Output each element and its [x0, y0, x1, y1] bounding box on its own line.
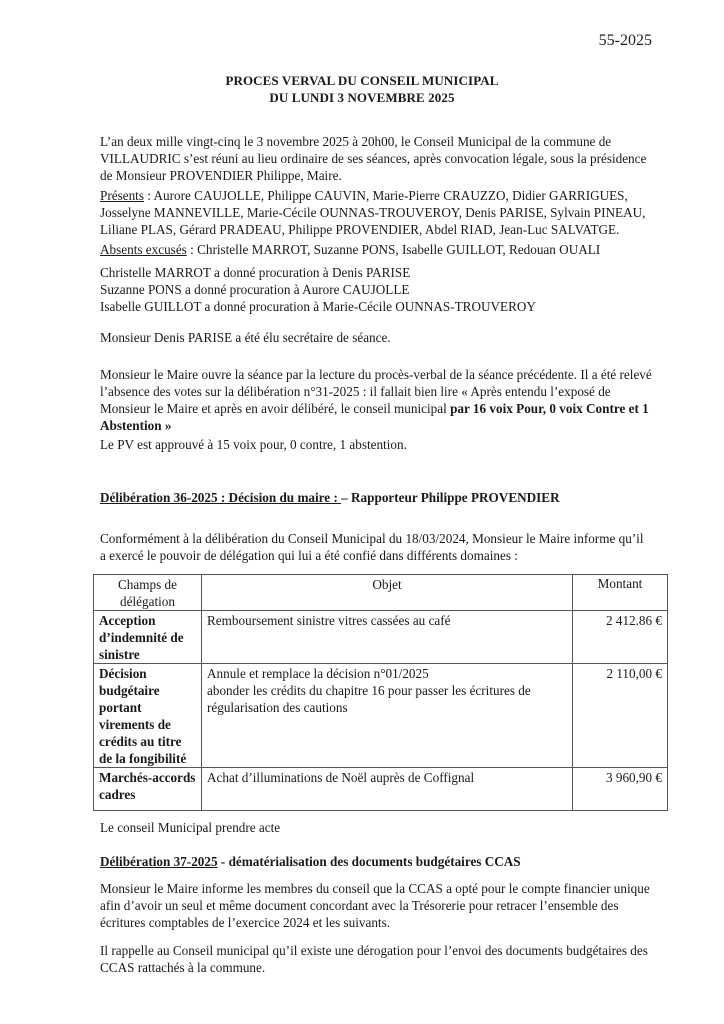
deliberation-36-intro: Conformément à la délibération du Consei… [100, 530, 680, 564]
cell-champ: Marchés-accords cadres [94, 768, 202, 811]
title-line-1: PROCES VERVAL DU CONSEIL MUNICIPAL [0, 72, 724, 89]
deliberation-36-heading: Délibération 36-2025 : Décision du maire… [100, 489, 680, 506]
delegation-table: Champs de délégation Objet Montant Accep… [93, 574, 668, 811]
deliberation-37-paragraph-2: Il rappelle au Conseil municipal qu’il e… [100, 942, 680, 976]
deliberation-36-rapporteur: – Rapporteur Philippe PROVENDIER [341, 490, 559, 505]
intro-line: de Monsieur PROVENDIER Philippe, Maire. [100, 167, 680, 184]
deliberation-37-line: afin d’avoir un seul et même document co… [100, 897, 680, 914]
cell-montant: 2 110,00 € [573, 664, 668, 768]
column-header-champs: Champs de délégation [94, 575, 202, 611]
cell-objet: Achat d’illuminations de Noël auprès de … [202, 768, 573, 811]
deliberation-37-line: écritures comptables de l’exercice 2024 … [100, 914, 680, 931]
deliberation-36-conclusion: Le conseil Municipal prendre acte [100, 819, 680, 836]
document-number: 55-2025 [599, 32, 652, 49]
deliberation-37-heading: Délibération 37-2025 - dématérialisation… [100, 853, 680, 870]
pv-review-line: Monsieur le Maire et après en avoir déli… [100, 401, 450, 416]
presents-label: Présents [100, 188, 144, 203]
pv-review-line: Monsieur le Maire ouvre la séance par la… [100, 366, 680, 383]
absents-label: Absents excusés [100, 242, 187, 257]
deliberation-36-title: Délibération 36-2025 : Décision du maire… [100, 490, 341, 505]
table-header-row: Champs de délégation Objet Montant [94, 575, 668, 611]
pv-approval: Le PV est approuvé à 15 voix pour, 0 con… [100, 436, 680, 453]
cell-montant: 3 960,90 € [573, 768, 668, 811]
deliberation-37-title: Délibération 37-2025 [100, 854, 218, 869]
presents-text: Josselyne MANNEVILLE, Marie-Cécile OUNNA… [100, 204, 680, 221]
vote-result-bold: par 16 voix Pour, 0 voix Contre et 1 [450, 401, 649, 416]
objet-line: Achat d’illuminations de Noël auprès de … [207, 769, 567, 786]
presents-text: : Aurore CAUJOLLE, Philippe CAUVIN, Mari… [144, 188, 628, 203]
pv-review-paragraph: Monsieur le Maire ouvre la séance par la… [100, 366, 680, 434]
objet-line: Remboursement sinistre vitres cassées au… [207, 612, 567, 629]
table-row: Décision budgétaire portant virements de… [94, 664, 668, 768]
cell-objet: Annule et remplace la décision n°01/2025… [202, 664, 573, 768]
column-header-objet: Objet [202, 575, 573, 611]
objet-line: Annule et remplace la décision n°01/2025 [207, 665, 567, 682]
deliberation-36-intro-line: a exercé le pouvoir de délégation qui lu… [100, 547, 680, 564]
procuration-item: Suzanne PONS a donné procuration à Auror… [100, 281, 680, 298]
cell-champ: Décision budgétaire portant virements de… [94, 664, 202, 768]
table-row: Marchés-accords cadres Achat d’illuminat… [94, 768, 668, 811]
table-row: Acception d’indemnité de sinistre Rembou… [94, 611, 668, 664]
document-title: PROCES VERVAL DU CONSEIL MUNICIPAL DU LU… [0, 72, 724, 106]
deliberation-37-line: CCAS rattachés à la commune. [100, 959, 680, 976]
presents-paragraph: Présents : Aurore CAUJOLLE, Philippe CAU… [100, 187, 680, 238]
cell-montant: 2 412.86 € [573, 611, 668, 664]
pv-review-line: l’absence des votes sur la délibération … [100, 383, 680, 400]
intro-paragraph: L’an deux mille vingt-cinq le 3 novembre… [100, 133, 680, 184]
secretary-statement: Monsieur Denis PARISE a été élu secrétai… [100, 329, 680, 346]
procuration-item: Isabelle GUILLOT a donné procuration à M… [100, 298, 680, 315]
absents-paragraph: Absents excusés : Christelle MARROT, Suz… [100, 241, 680, 258]
deliberation-37-paragraph-1: Monsieur le Maire informe les membres du… [100, 880, 680, 931]
procuration-item: Christelle MARROT a donné procuration à … [100, 264, 680, 281]
intro-line: L’an deux mille vingt-cinq le 3 novembre… [100, 133, 680, 150]
cell-champ: Acception d’indemnité de sinistre [94, 611, 202, 664]
intro-line: VILLAUDRIC s’est réuni au lieu ordinaire… [100, 150, 680, 167]
title-line-2: DU LUNDI 3 NOVEMBRE 2025 [0, 89, 724, 106]
cell-objet: Remboursement sinistre vitres cassées au… [202, 611, 573, 664]
deliberation-37-subject: - dématérialisation des documents budgét… [218, 854, 521, 869]
absents-text: : Christelle MARROT, Suzanne PONS, Isabe… [187, 242, 600, 257]
column-header-montant: Montant [573, 575, 668, 611]
vote-result-bold: Abstention » [100, 417, 680, 434]
deliberation-37-line: Il rappelle au Conseil municipal qu’il e… [100, 942, 680, 959]
deliberation-37-line: Monsieur le Maire informe les membres du… [100, 880, 680, 897]
procurations-list: Christelle MARROT a donné procuration à … [100, 264, 680, 315]
deliberation-36-intro-line: Conformément à la délibération du Consei… [100, 530, 680, 547]
presents-text: Liliane PLAS, Gérard PRADEAU, Philippe P… [100, 221, 680, 238]
objet-line: abonder les crédits du chapitre 16 pour … [207, 682, 567, 716]
